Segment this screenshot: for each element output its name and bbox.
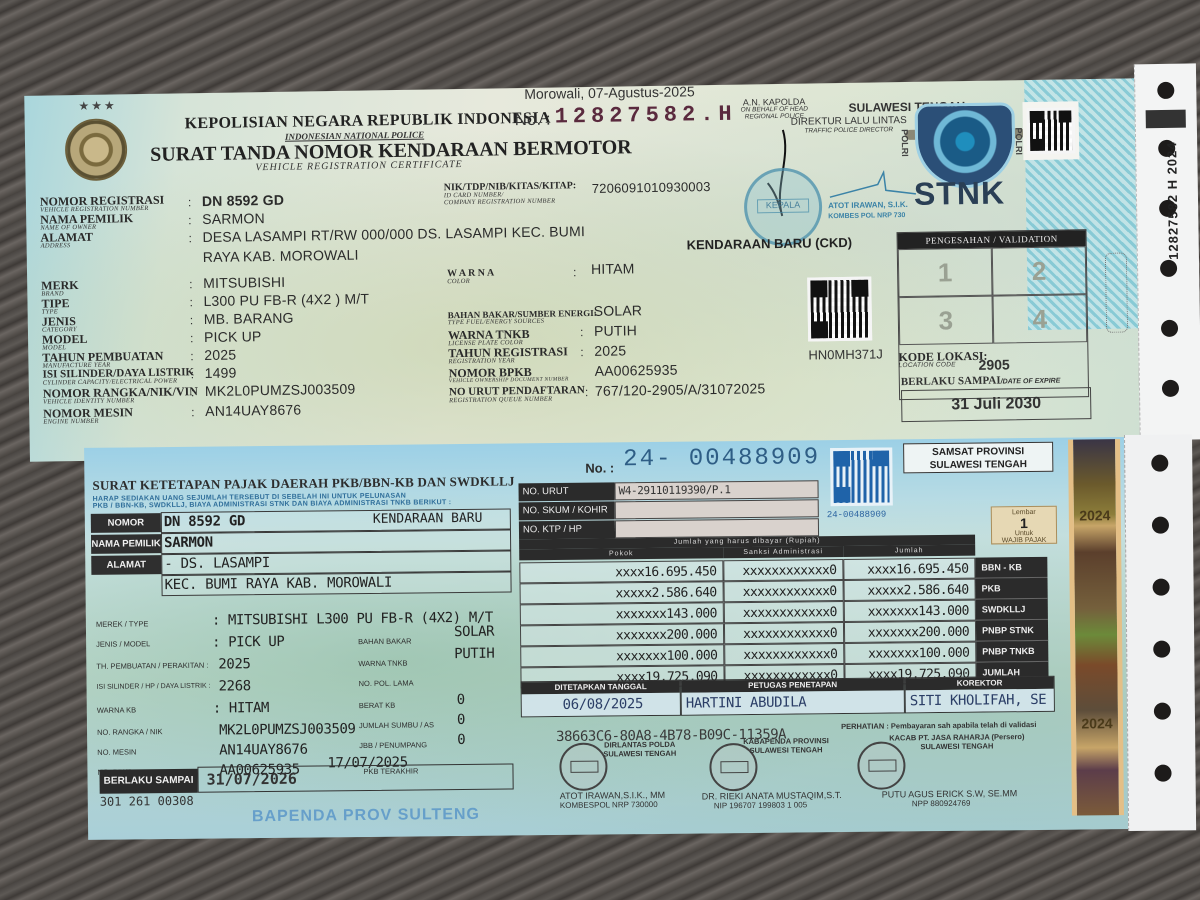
punch-hole (1153, 579, 1170, 596)
value-alamat-line2: RAYA KAB. MOROWALI (203, 247, 359, 265)
footer-ditetapkan-tanggal: DITETAPKAN TANGGAL 06/08/2025 (521, 680, 681, 718)
value-jbb: 0 (457, 732, 465, 748)
stnk-logo: STNK (914, 174, 1006, 212)
value-no-ktp (615, 518, 819, 538)
stamp-dirlantas-icon (559, 742, 608, 791)
samsat-box: SAMSAT PROVINSI SULAWESI TENGAH (903, 442, 1053, 474)
value-warna: HITAM (591, 260, 635, 277)
row-label: BBN - KB (975, 557, 1047, 579)
top-qr-code-icon (1027, 107, 1076, 154)
cell-pokok: xxxxxxx143.000 (520, 602, 724, 625)
cell-jumlah: xxxxxxx200.000 (844, 621, 976, 643)
hologram-year: 2024 (1076, 715, 1118, 731)
field-nomor-bpkb: NOMOR BPKB VEHICLE OWNERSHIP DOCUMENT NU… (449, 365, 569, 384)
bapenda-watermark: BAPENDA PROV SULTENG (252, 806, 480, 826)
signatory-name: ATOT IRAWAN, S.I.K. (828, 200, 908, 210)
field-nomor-mesin: NOMOR MESIN ENGINE NUMBER (43, 406, 133, 426)
issue-place-date: Morowali, 07-Agustus-2025 (524, 83, 695, 102)
number-label: No. : (515, 110, 551, 131)
cell-sanksi: xxxxxxxxxxxx0 (724, 580, 844, 602)
stub-serial-number: 12827582 H 2024 (1164, 110, 1181, 260)
second-signature-icon (828, 170, 918, 201)
value-merek-type: : MITSUBISHI L300 PU FB-R (4X2) M/T (212, 610, 493, 629)
value-model: PICK UP (204, 328, 262, 345)
skpd-number-label: No. : (585, 460, 614, 475)
signatory-rank: KOMBES POL NRP 730 (828, 212, 905, 220)
skpd-perforated-stub (1124, 434, 1196, 831)
footer-petugas-penetapan: PETUGAS PENETAPAN HARTINI ABUDILA (681, 677, 905, 715)
value-tahun-registrasi: 2025 (594, 342, 626, 358)
value-no-skum (615, 499, 819, 519)
expiry-date: 31 Juli 2030 (901, 387, 1091, 422)
polri-left: POLRI (900, 129, 910, 157)
column-header-pokok: Pokok (519, 547, 723, 560)
value-jenis: MB. BARANG (204, 310, 294, 327)
footer-korektor: KOREKTOR SITI KHOLIFAH, SE (905, 676, 1055, 714)
location-code-value: 2905 (978, 356, 1009, 372)
punch-hole (1153, 641, 1170, 658)
punch-hole (1162, 380, 1179, 397)
label-nomor-polisi: NOMOR POLISI (91, 513, 161, 533)
signatory-title: DIREKTUR LALU LINTAS TRAFFIC POLICE DIRE… (791, 116, 907, 135)
cell-pokok: xxxxxxx100.000 (520, 644, 724, 667)
field-warna: W A R N A COLOR (447, 268, 494, 285)
validation-cell-4: 4 (993, 294, 1088, 343)
punch-hole (1154, 703, 1171, 720)
stnk-certificate: 12827582 H 2024 ★★★ KEPOLISIAN NEGARA RE… (14, 61, 1200, 460)
row-label: PNBP STNK (976, 620, 1048, 642)
punch-hole (1157, 82, 1174, 99)
signatory-kabapenda: KABAPENDA PROVINSI SULAWESI TENGAH (743, 736, 829, 755)
row-label: SWDKLLJ (976, 599, 1048, 621)
punch-hole (1151, 455, 1168, 472)
field-bahan-bakar: BAHAN BAKAR/SUMBER ENERGI: TYPE FUEL/ENE… (448, 309, 597, 327)
hologram-strip-icon: 2024 2024 (1068, 439, 1124, 816)
value-jumlah-sumbu: 0 (457, 712, 465, 728)
value-no-urut-pendaftaran: 767/120-2905/A/31072025 (595, 380, 766, 399)
value-warna-kb: : HITAM (213, 700, 269, 717)
value-warna-tnkb: PUTIH (454, 646, 494, 662)
validation-cell-1: 1 (898, 248, 993, 297)
value-berat-kb: 0 (457, 692, 465, 708)
location-code-label: KODE LOKASI: LOCATION CODE (898, 350, 987, 370)
label-alamat: ALAMAT (91, 555, 161, 575)
row-label: PNBP TNKB (976, 641, 1048, 663)
copy-label: Lembar 1 Untuk WAJIB PAJAK (991, 506, 1057, 545)
cell-pokok: xxxx16.695.450 (519, 560, 723, 583)
qr-code-icon (807, 277, 872, 342)
signatory-jasa-raharja: KACAB PT. JASA RAHARJA (Persero) SULAWES… (889, 732, 1024, 751)
signatory-dirlantas: DIRLANTAS POLDA SULAWESI TENGAH (603, 740, 676, 759)
cell-jumlah: xxxxxxx143.000 (844, 600, 976, 622)
cell-jumlah: xxxxxxx100.000 (844, 642, 976, 664)
cell-jumlah: xxxx16.695.450 (843, 558, 975, 580)
value-tipe: L300 PU FB-R (4X2 ) M/T (203, 290, 369, 309)
value-bahan-bakar: SOLAR (594, 302, 643, 319)
value-nomor-rangka: MK2L0PUMZSJ003509 (205, 381, 356, 399)
cell-sanksi: xxxxxxxxxxxx0 (724, 622, 844, 644)
certificate-number: 12827582.H (554, 102, 736, 130)
value-jenis-model: : PICK UP (212, 634, 284, 651)
field-nik: NIK/TDP/NIB/KITAS/KITAP: ID CARD NUMBER/… (444, 181, 577, 206)
cell-jumlah: xxxxx2.586.640 (844, 579, 976, 601)
value-nomor-mesin: AN14UAY8676 (205, 402, 301, 420)
value-no-rangka: MK2L0PUMZSJ003509 (219, 721, 356, 738)
value-th-pembuatan: 2025 (218, 656, 250, 672)
value-isi-silinder: 2268 (219, 678, 251, 694)
stnk-fields-right: W A R N A COLOR : HITAM BAHAN BAKAR/SUMB… (14, 61, 1196, 80)
field-tahun-registrasi: TAHUN REGISTRASI REGISTRATION YEAR (448, 345, 568, 365)
column-header-sanksi: Sanksi Administrasi (723, 546, 843, 558)
skpd-code: 301 261 00308 (100, 794, 194, 809)
perforated-stnk-mark-icon (1105, 253, 1128, 333)
expiry-label: BERLAKU SAMPAI/DATE OF EXPIRE (901, 374, 1061, 389)
value-nik: 7206091010930003 (592, 179, 711, 196)
value-merk: MITSUBISHI (203, 274, 285, 291)
value-nomor-bpkb: AA00625935 (595, 362, 678, 379)
field-merk: MERK BRAND (41, 279, 79, 298)
label-nama-pemilik: NAMA PEMILIK (91, 534, 161, 554)
value-no-urut: W4-29110119390/P.1 (614, 480, 818, 500)
field-alamat: ALAMAT ADDRESS (40, 231, 93, 250)
stnk-fields-left: NOMOR REGISTRASI VEHICLE REGISTRATION NU… (14, 61, 1196, 80)
value-alamat-line2: KEC. BUMI RAYA KAB. MOROWALI (161, 571, 511, 596)
stars-icon: ★★★ (78, 98, 116, 113)
cell-sanksi: xxxxxxxxxxxx0 (724, 601, 844, 623)
punch-hole (1152, 517, 1169, 534)
skpd-qr-code-icon (830, 447, 893, 506)
skpd-expiry-date: 31/07/2026 (197, 763, 513, 792)
skpd-expiry-label: BERLAKU SAMPAI (99, 769, 197, 794)
value-warna-tnkb: PUTIH (594, 322, 637, 339)
field-nomor-rangka: NOMOR RANGKA/NIK/VIN VEHICLE IDENTITY NU… (43, 385, 198, 406)
field-no-urut-pendaftaran: NO URUT PENDAFTARAN REGISTRATION QUEUE N… (449, 385, 585, 405)
punch-hole (1161, 320, 1178, 337)
value-nomor-registrasi: DN 8592 GD (202, 192, 284, 209)
value-isi-silinder: 1499 (205, 365, 237, 381)
row-label: PKB (976, 578, 1048, 600)
punch-hole (1154, 765, 1171, 782)
cell-sanksi: xxxxxxxxxxxx0 (723, 559, 843, 581)
owner-identity-box: NOMOR POLISI DN 8592 GD KENDARAAN BARU N… (91, 508, 512, 602)
cell-pokok: xxxxx2.586.640 (520, 581, 724, 604)
value-bahan-bakar: SOLAR (454, 624, 494, 640)
qr-caption: 24-00488909 (827, 510, 887, 521)
punch-hole (1160, 260, 1177, 277)
validation-cell-2: 2 (992, 246, 1087, 295)
validation-cell-3: 3 (899, 296, 994, 345)
column-header-jumlah: Jumlah (843, 545, 975, 557)
cell-sanksi: xxxxxxxxxxxx0 (724, 643, 844, 665)
qr-code-text: HN0MH371J (808, 346, 883, 362)
value-tahun-pembuatan: 2025 (204, 347, 236, 363)
hologram-year: 2024 (1074, 507, 1116, 523)
cell-pokok: xxxxxxx200.000 (520, 623, 724, 646)
vehicle-status: KENDARAAN BARU (CKD) (687, 235, 853, 253)
value-no-mesin: AN14UAY8676 (219, 742, 307, 759)
stnk-perforated-stub: 12827582 H 2024 (1134, 63, 1200, 440)
skpd-number: 24- 00488909 (623, 444, 820, 473)
skpd-tax-notice: 2024 2024 SURAT KETETAPAN PAJAK DAERAH P… (78, 428, 1200, 850)
value-nama-pemilik: SARMON (202, 210, 265, 227)
vehicle-status: KENDARAAN BARU (373, 511, 483, 527)
